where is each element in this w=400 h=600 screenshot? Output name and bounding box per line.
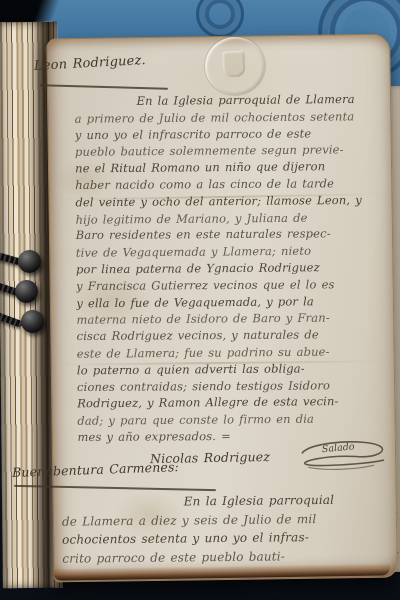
signature-rubric-flourish: Salado	[296, 436, 389, 474]
manuscript-line: En la Iglesia parroquial de Llamera	[74, 91, 388, 111]
manuscript-line: cisca Rodriguez vecinos, y naturales de	[77, 326, 391, 345]
clip-ball	[21, 310, 44, 333]
clip-ball	[18, 250, 41, 273]
manuscript-line: haber nacido como a las cinco de la tard…	[75, 175, 389, 194]
manuscript-line: tive de Vegaquemada y Llamera; nieto	[76, 242, 390, 262]
signature-row: Nicolas Rodriguez Salado	[150, 444, 390, 467]
baptism-entry-text: En la Iglesia parroquial de Llamera a pr…	[74, 91, 391, 446]
manuscript-line: y Francisca Gutierrez vecinos que el lo …	[76, 276, 390, 295]
manuscript-photo: Leon Rodriguez. En la Iglesia parroquial…	[0, 0, 400, 600]
manuscript-line: y uno yo el infrascrito parroco de este	[75, 125, 389, 144]
manuscript-line: pueblo bautice solemnemente segun previe…	[75, 141, 389, 161]
manuscript-line: de Llamera a diez y seis de Julio de mil	[62, 509, 390, 531]
manuscript-line: lo paterno a quien adverti las obliga-	[77, 359, 391, 379]
baptism-entry-text-2: En la Iglesia parroquial de Llamera a di…	[62, 490, 391, 567]
manuscript-line: por linea paterna de Ygnacio Rodriguez	[76, 259, 390, 279]
seal-shield-emblem	[222, 50, 245, 77]
manuscript-line: Rodriguez, y Ramon Allegre de esta vecin…	[77, 393, 391, 413]
manuscript-line: este de Llamera; fue su padrino su abue-	[77, 343, 391, 363]
manuscript-line: Baro residentes en este naturales respec…	[76, 225, 390, 244]
manuscript-line: crito parroco de este pueblo bauti-	[62, 546, 390, 568]
manuscript-line: ciones contraidas; siendo testigos Isido…	[77, 377, 391, 396]
clip-ball	[15, 280, 38, 303]
